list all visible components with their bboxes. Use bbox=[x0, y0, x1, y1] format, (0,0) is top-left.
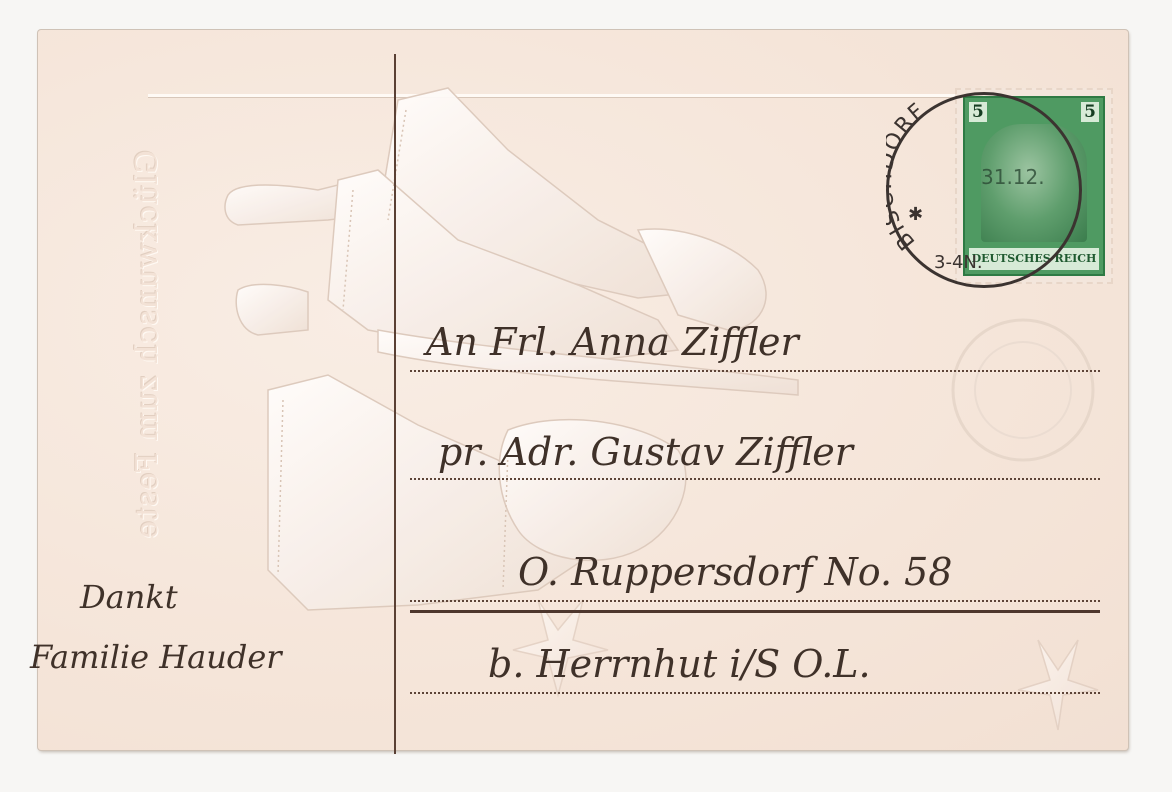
address-underline-solid bbox=[410, 610, 1100, 613]
postmark-date: 31.12. bbox=[981, 165, 1045, 189]
address-line-4 bbox=[410, 692, 1100, 694]
stamp-value-right: 5 bbox=[1081, 102, 1099, 122]
address-care-of: pr. Adr. Gustav Ziffler bbox=[438, 430, 853, 474]
sender-thanks: Dankt bbox=[80, 578, 178, 616]
address-line-1 bbox=[410, 370, 1100, 372]
address-recipient: An Frl. Anna Ziffler bbox=[426, 320, 799, 364]
address-town: b. Herrnhut i/S O.L. bbox=[488, 642, 871, 686]
postmark: BISCHDORF ✱ 31.12. 3-4N. bbox=[886, 92, 1082, 288]
postmark-time: 3-4N. bbox=[934, 252, 983, 273]
sender-name: Familie Hauder bbox=[30, 638, 282, 676]
address-line-2 bbox=[410, 478, 1100, 480]
svg-text:BISCHDORF: BISCHDORF bbox=[886, 98, 931, 255]
postmark-star: ✱ bbox=[908, 204, 923, 225]
address-line-3 bbox=[410, 600, 1100, 602]
address-street: O. Ruppersdorf No. 58 bbox=[518, 550, 952, 594]
postmark-place: BISCHDORF bbox=[886, 98, 931, 255]
postcard: Glückwunsch zum Feste bbox=[38, 30, 1128, 750]
center-divider-line bbox=[394, 54, 396, 754]
